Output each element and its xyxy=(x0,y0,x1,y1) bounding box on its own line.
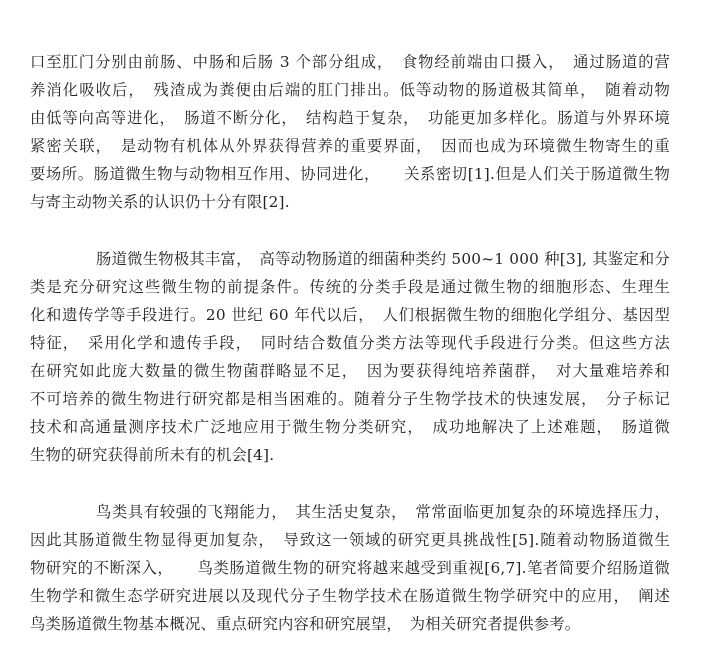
text-line: 技术和高通量测序技术广泛地应用于微生物分类研究， 成功地解决了上述难题， 肠道微 xyxy=(30,413,670,441)
document-page: 口至肛门分别由前肠、中肠和后肠 3 个部分组成， 食物经前端由口摄入， 通过肠道… xyxy=(0,0,701,657)
text-line: 要场所。肠道微生物与动物相互作用、协同进化， 关系密切[1].但是人们关于肠道微… xyxy=(30,160,670,188)
text-line: 特征， 采用化学和遗传手段， 同时结合数值分类方法等现代手段进行分类。但这些方法 xyxy=(30,329,670,357)
text-line: 因此其肠道微生物显得更加复杂， 导致这一领域的研究更具挑战性[5].随着动物肠道… xyxy=(30,526,670,554)
text-line: 鸟类肠道微生物基本概况、重点研究内容和研究展望， 为相关研究者提供参考。 xyxy=(30,610,670,638)
text-line: 在研究如此庞大数量的微生物菌群略显不足， 因为要获得纯培养菌群， 对大量难培养和 xyxy=(30,357,670,385)
paragraph: 鸟类具有较强的飞翔能力， 其生活史复杂， 常常面临更加复杂的环境选择压力，因此其… xyxy=(30,498,670,638)
text-line: 与寄主动物关系的认识仍十分有限[2]. xyxy=(30,188,670,216)
text-line: 紧密关联， 是动物有机体从外界获得营养的重要界面， 因而也成为环境微生物寄生的重 xyxy=(30,132,670,160)
paragraph: 肠道微生物极其丰富， 高等动物肠道的细菌种类约 500~1 000 种[3], … xyxy=(30,245,670,469)
text-line: 肠道微生物极其丰富， 高等动物肠道的细菌种类约 500~1 000 种[3], … xyxy=(30,245,670,273)
text-line: 养消化吸收后， 残渣成为粪便由后端的肛门排出。低等动物的肠道极其简单， 随着动物 xyxy=(30,76,670,104)
text-line: 物研究的不断深入， 鸟类肠道微生物的研究将越来越受到重视[6,7].笔者简要介绍… xyxy=(30,554,670,582)
text-line: 生物学和微生态学研究进展以及现代分子生物学技术在肠道微生物学研究中的应用， 阐述 xyxy=(30,582,670,610)
text-line: 生物的研究获得前所未有的机会[4]. xyxy=(30,441,670,469)
text-line: 类是充分研究这些微生物的前提条件。传统的分类手段是通过微生物的细胞形态、生理生 xyxy=(30,273,670,301)
text-line: 不可培养的微生物进行研究都是相当困难的。随着分子生物学技术的快速发展， 分子标记 xyxy=(30,385,670,413)
text-line: 化和遗传学等手段进行。20 世纪 60 年代以后， 人们根据微生物的细胞化学组分… xyxy=(30,301,670,329)
text-line: 口至肛门分别由前肠、中肠和后肠 3 个部分组成， 食物经前端由口摄入， 通过肠道… xyxy=(30,48,670,76)
text-line: 鸟类具有较强的飞翔能力， 其生活史复杂， 常常面临更加复杂的环境选择压力， xyxy=(30,498,670,526)
text-line: 由低等向高等进化， 肠道不断分化， 结构趋于复杂， 功能更加多样化。肠道与外界环… xyxy=(30,104,670,132)
paragraph: 口至肛门分别由前肠、中肠和后肠 3 个部分组成， 食物经前端由口摄入， 通过肠道… xyxy=(30,48,670,216)
